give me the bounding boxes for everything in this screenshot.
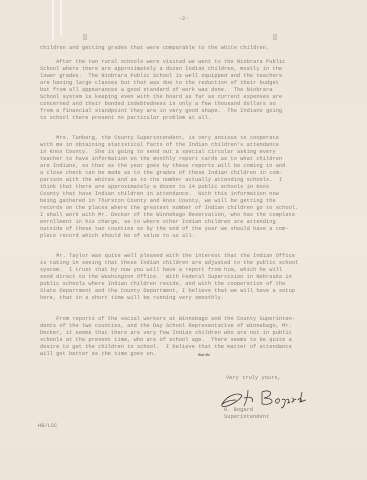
text-line: schools at the present time, who are of … — [40, 337, 292, 344]
handwritten-insertion: that the — [198, 352, 210, 357]
text-line: School where there are approximately a d… — [40, 66, 282, 73]
text-line: From reports of the social workers at Wi… — [40, 316, 295, 323]
text-line: Mrs. Tunberg, the County Superintendent,… — [40, 135, 279, 142]
text-line: Decker, it seems that there are very few… — [40, 330, 292, 337]
staple-hole — [83, 34, 87, 40]
text-line: will get better as the time goes on. — [40, 351, 156, 358]
text-line: think that there are approximately a doz… — [40, 184, 269, 191]
text-line: here, that in a short time will be runni… — [40, 295, 224, 302]
text-line: State Department and the County Departme… — [40, 288, 295, 295]
text-line: with me in obtaining statistical facts o… — [40, 142, 279, 149]
text-line: I shall work with Mr. Decker of the Winn… — [40, 212, 295, 219]
text-line: plete record which should be of value to… — [40, 233, 195, 240]
text-line: School system is keeping even with the b… — [40, 94, 282, 101]
text-line: is taking in seeing that these Indian ch… — [40, 260, 298, 267]
text-line: in Knox County. She is going to send out… — [40, 149, 276, 156]
text-line: Mr. Taylor was quite well pleased with t… — [40, 253, 295, 260]
page-number: -2- — [0, 15, 367, 22]
text-line: but from all appearances a good standard… — [40, 87, 272, 94]
text-line: send direct to the Washington Office. Wi… — [40, 274, 292, 281]
signer-title: Superintendent — [224, 414, 269, 421]
text-line: a close check can be made as to the grad… — [40, 170, 282, 177]
text-line: children and getting grades that were co… — [40, 45, 269, 52]
staple-hole — [273, 34, 277, 40]
text-line: being gathered in Thurston County and Kn… — [40, 198, 276, 205]
text-line: parison with the whites and as to the nu… — [40, 177, 282, 184]
text-line: to school there present no particular pr… — [40, 115, 211, 122]
text-line: desire to get the children to school. I … — [40, 344, 292, 351]
text-line: from a financial standpoint they are in … — [40, 108, 282, 115]
text-line: County that have Indian children in atte… — [40, 191, 279, 198]
text-line: are having large classes but that was du… — [40, 80, 279, 87]
text-line: teacher to have information on the month… — [40, 156, 282, 163]
reference-initials: HB/LSC — [38, 423, 57, 430]
text-line: After the two rural schools were visited… — [40, 59, 285, 66]
text-line: records on the places where the greatest… — [40, 205, 298, 212]
text-line: are Indians, so that as the year goes by… — [40, 163, 285, 170]
text-line: public schools where Indian children res… — [40, 281, 285, 288]
signer-name: H. Bogard — [224, 407, 253, 414]
text-line: dents of the two counties, and the Day S… — [40, 323, 292, 330]
text-line: system. I trust that by now you will hav… — [40, 267, 282, 274]
letter-page: -2- children and getting grades that wer… — [0, 0, 367, 480]
closing: Very truly yours, — [226, 375, 281, 382]
text-line: outside of these two counties so by the … — [40, 226, 289, 233]
text-line: lower grades. The Niobrara Public School… — [40, 73, 282, 80]
text-line: enrollment in his charge, as to where ot… — [40, 219, 276, 226]
text-line: concerned and their bonded indebtedness … — [40, 101, 276, 108]
